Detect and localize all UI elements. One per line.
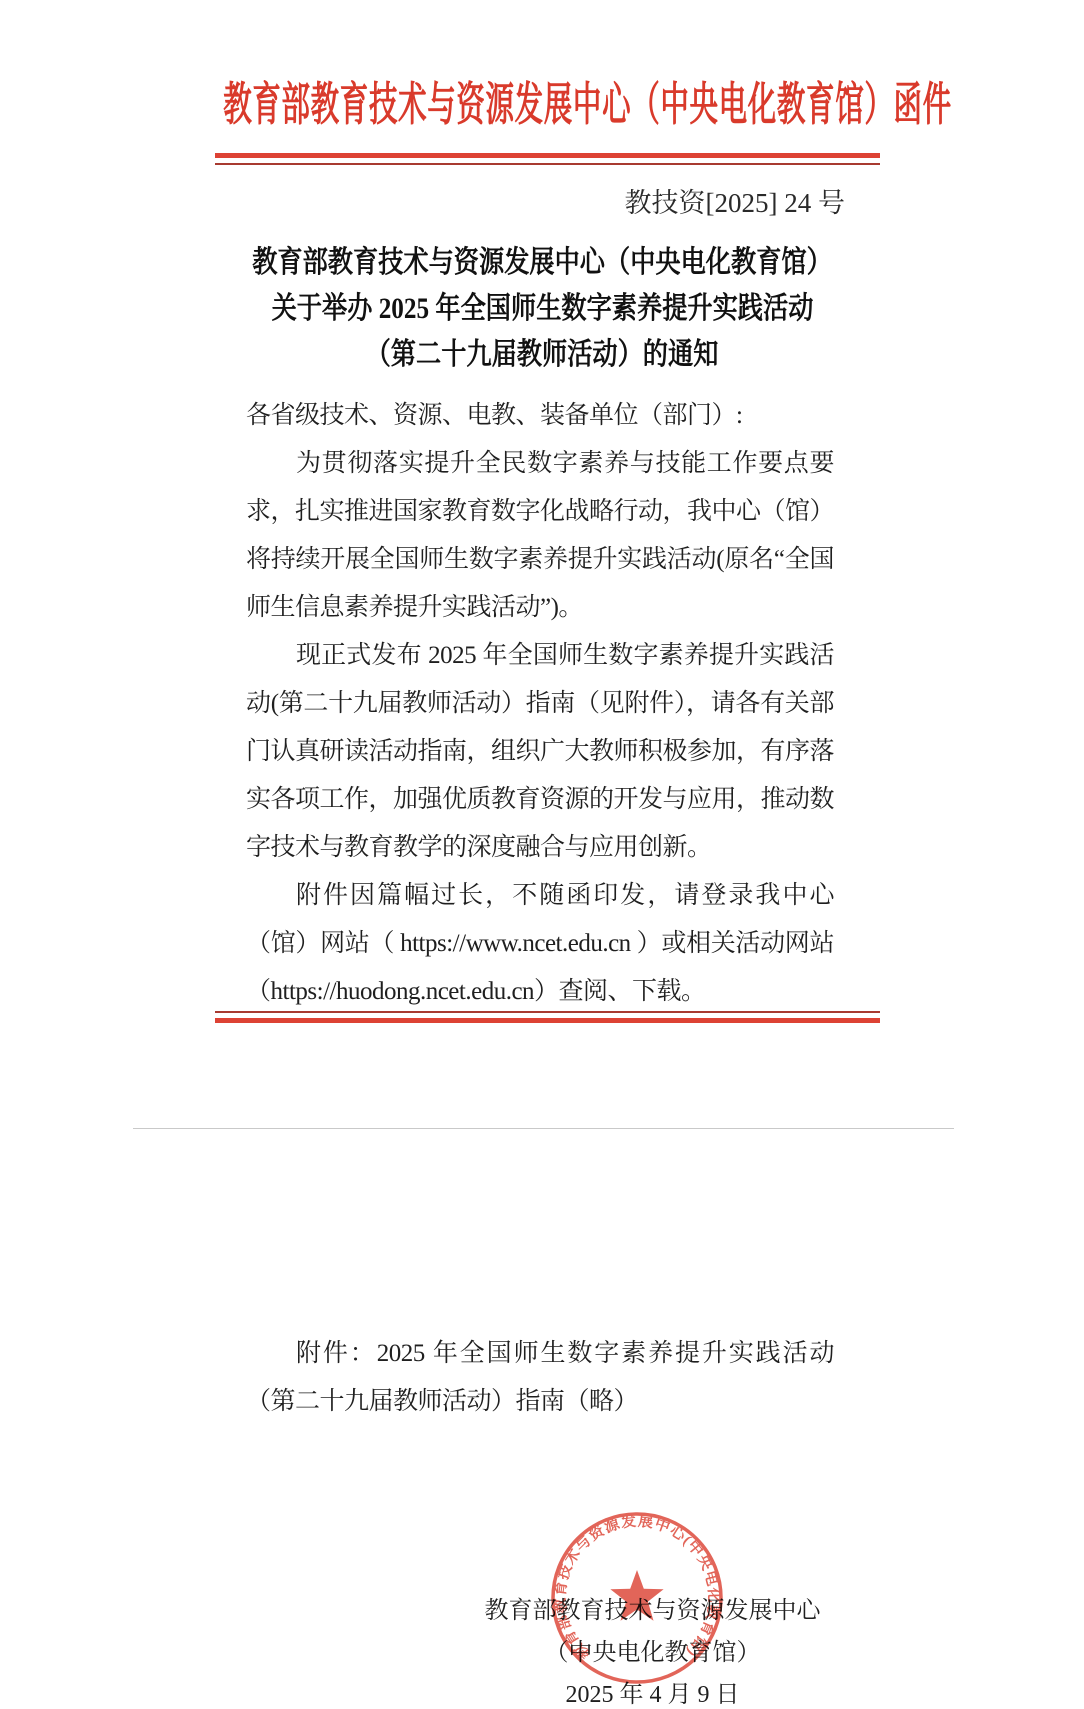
letterhead-title: 教育部教育技术与资源发展中心（中央电化教育馆）函件 xyxy=(0,68,1084,134)
official-letter-page: 教育部教育技术与资源发展中心（中央电化教育馆）函件 教技资[2025] 24 号… xyxy=(0,0,1084,1709)
letterhead-rule-thick xyxy=(215,153,880,158)
paragraph-3: 附件因篇幅过长，不随函印发，请登录我中心（馆）网站（ https://www.n… xyxy=(246,872,834,1016)
footer-rule-thin xyxy=(215,1011,880,1013)
footer-rule-thick xyxy=(215,1018,880,1023)
notice-title: 教育部教育技术与资源发展中心（中央电化教育馆） 关于举办 2025 年全国师生数… xyxy=(0,240,1084,378)
salutation: 各省级技术、资源、电教、装备单位（部门）: xyxy=(246,392,834,440)
letter-body: 各省级技术、资源、电教、装备单位（部门）: 为贯彻落实提升全民数字素养与技能工作… xyxy=(246,392,834,1016)
attachment-note: 附件：2025 年全国师生数字素养提升实践活动（第二十九届教师活动）指南（略） xyxy=(246,1330,834,1426)
paragraph-2: 现正式发布 2025 年全国师生数字素养提升实践活动(第二十九届教师活动）指南（… xyxy=(246,632,834,872)
signature-org-line-1: 教育部教育技术与资源发展中心 xyxy=(450,1590,855,1632)
signature-date: 2025 年 4 月 9 日 xyxy=(450,1674,855,1709)
signature-block: 教育部教育技术与资源发展中心 （中央电化教育馆） 2025 年 4 月 9 日 xyxy=(450,1590,855,1709)
notice-title-line-3: （第二十九届教师活动）的通知 xyxy=(0,332,1084,378)
notice-title-line-1: 教育部教育技术与资源发展中心（中央电化教育馆） xyxy=(0,240,1084,286)
page-break-divider xyxy=(133,1128,954,1129)
document-number: 教技资[2025] 24 号 xyxy=(0,181,845,220)
notice-title-line-2: 关于举办 2025 年全国师生数字素养提升实践活动 xyxy=(0,286,1084,332)
signature-org-line-2: （中央电化教育馆） xyxy=(450,1632,855,1674)
paragraph-1: 为贯彻落实提升全民数字素养与技能工作要点要求，扎实推进国家教育数字化战略行动，我… xyxy=(246,440,834,632)
letterhead-rule-thin xyxy=(215,163,880,165)
letterhead-title-text: 教育部教育技术与资源发展中心（中央电化教育馆）函件 xyxy=(223,68,952,134)
